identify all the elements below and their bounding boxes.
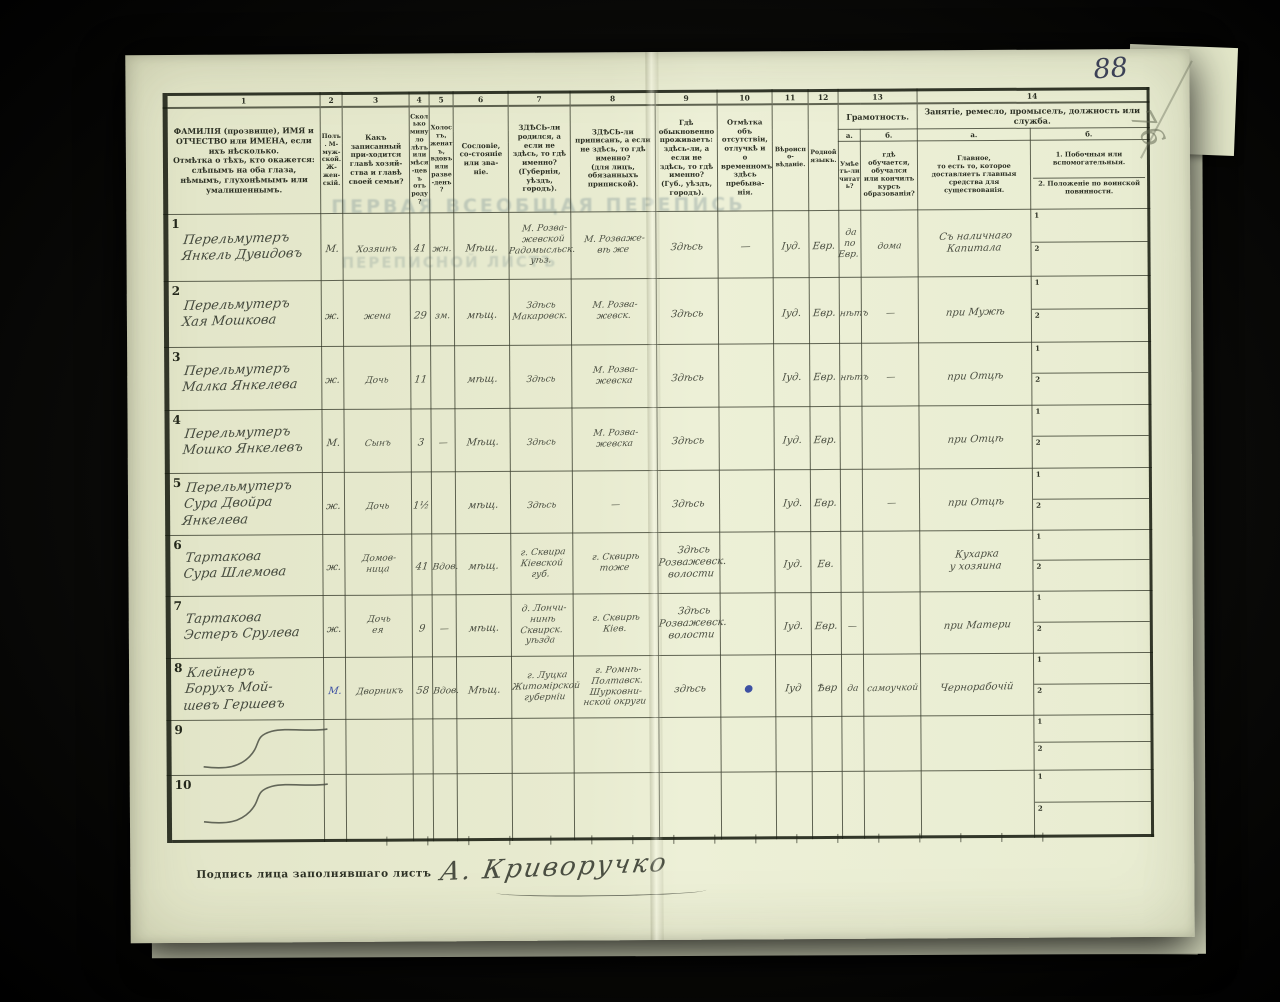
occupation-side-1-label: 1. Побочныя или вспомогательныя. xyxy=(1033,149,1145,169)
handwritten-entry: ж. xyxy=(326,562,342,574)
handwritten-entry: г. Ромнѣ- Полтавск. Шурковни- нской окру… xyxy=(582,664,650,709)
handwritten-entry: Съ наличнаго Капитала xyxy=(937,230,1013,256)
person-row-8: 8Клейнеръ Борухъ Мой- шевъ ГершевъМ.Двор… xyxy=(168,652,1151,720)
cell-religion: Іуд. xyxy=(773,277,809,343)
cell-native-language xyxy=(812,771,842,837)
cell-occupation-main: Кухарка у хозяина xyxy=(920,530,1033,592)
cell-literacy-read: — xyxy=(841,592,863,654)
occupation-side-subcell-two: 2 xyxy=(1033,435,1149,467)
handwritten-name: Перельмутеръ Янкель Дувидовъ xyxy=(180,230,304,266)
subcell-number: 1 xyxy=(1036,470,1041,479)
cell-name: 4Перельмутеръ Мошко Янкелевъ xyxy=(167,409,322,473)
cell-marital-status xyxy=(433,719,457,774)
handwritten-entry: Здѣсь Розважевск. волости xyxy=(657,605,729,643)
handwritten-entry: да xyxy=(847,684,859,695)
cell-residence: Здѣсь xyxy=(657,470,719,532)
cell-occupation-main xyxy=(921,770,1034,837)
handwritten-entry: — xyxy=(740,242,751,254)
cell-sex: ж. xyxy=(322,472,344,534)
handwritten-entry: 9 xyxy=(418,623,426,635)
cell-marital-status: — xyxy=(432,595,456,657)
subcell-number: 2 xyxy=(1038,804,1043,813)
cell-age xyxy=(413,719,433,774)
signature-handwriting: А. Криворучко xyxy=(438,848,670,887)
cell-birthplace: д. Лончи- нинѣ Сквирск. уѣзда xyxy=(511,594,573,656)
occupation-side-subcell-two: 2 xyxy=(1034,621,1150,653)
handwritten-entry: Здѣсь Розважевск. волости xyxy=(656,544,728,582)
col-header-religion: Вѣроиспо-вѣданіе. xyxy=(772,104,809,211)
occupation-side-subcell-two: 2 xyxy=(1035,801,1151,834)
col-number-12: 12 xyxy=(808,90,838,103)
cell-registration-place: М. Розва- жевска xyxy=(572,344,657,408)
person-row-6: 6Тартакова Сура Шлемоваж.Домов- ница41Вд… xyxy=(168,529,1151,596)
occupation-a-letter: а. xyxy=(917,128,1030,141)
occupation-side-subcell-two: 2 xyxy=(1032,372,1148,404)
handwritten-entry: Дочь xyxy=(366,501,391,512)
cell-literacy-school: — xyxy=(862,343,919,406)
handwritten-entry: г. Сквирѣ Кіев. xyxy=(591,613,641,636)
col-header-age: Сколько минуло лѣтъ или мѣся-цевъ отъ ро… xyxy=(409,106,430,213)
subcell-number: 2 xyxy=(1036,438,1041,447)
cell-estate: Мѣщ. xyxy=(454,212,509,279)
handwritten-entry: Здѣсь xyxy=(526,500,557,512)
handwritten-entry: 58 xyxy=(416,685,430,697)
col-header-occupation-side: 1. Побочныя или вспомогательныя. 2. Поло… xyxy=(1030,139,1148,209)
cell-residence xyxy=(659,717,721,772)
cancellation-flourish xyxy=(189,724,339,775)
cell-marital-status: Вдов. xyxy=(432,657,456,719)
subcell-number: 2 xyxy=(1036,501,1041,510)
cell-name: 8Клейнеръ Борухъ Мой- шевъ Гершевъ xyxy=(168,657,323,720)
handwritten-name: Перельмутеръ Мошко Янкелевъ xyxy=(182,424,306,460)
cell-registration-place xyxy=(574,717,659,773)
person-row-10: 1012 xyxy=(169,769,1152,841)
cell-age: 9 xyxy=(412,595,432,657)
signature-label: Подпись лица заполнявшаго листъ xyxy=(196,867,431,884)
cell-name: 1Перельмутеръ Янкель Дувидовъ xyxy=(166,213,321,281)
col-number-9: 9 xyxy=(655,91,717,104)
cell-estate: мѣщ. xyxy=(456,594,511,656)
handwritten-entry: мѣщ. xyxy=(466,374,498,387)
handwritten-entry: мѣщ. xyxy=(466,310,498,323)
occupation-side-subcell-two: 2 xyxy=(1035,741,1151,769)
cell-sex: М. xyxy=(323,657,345,719)
col-header-registration: ЗДѢСЬ-ли приписанъ, а если не здѣсь, то … xyxy=(570,105,656,212)
occupation-side-subcell-one: 1 xyxy=(1031,209,1147,242)
handwritten-entry: М. Розва- жевск. xyxy=(590,300,638,323)
person-row-3: 3Перельмутеръ Малка Янкелеваж.Дочь11мѣщ.… xyxy=(167,341,1150,410)
cell-estate: мѣщ. xyxy=(454,279,509,345)
subcell-number: 2 xyxy=(1037,686,1042,695)
cell-occupation-side: 12 xyxy=(1033,529,1151,591)
cell-religion: Іуд. xyxy=(774,343,810,406)
occupation-side-subcell-two: 2 xyxy=(1033,559,1149,590)
row-number: 9 xyxy=(174,723,182,737)
person-row-1: 1Перельмутеръ Янкель ДувидовъМ.Хозяинъ41… xyxy=(166,208,1149,281)
cell-relation: Сынъ xyxy=(344,409,411,472)
cell-native-language: Евр. xyxy=(810,469,840,531)
cell-name: 9 xyxy=(169,719,324,775)
cell-occupation-main: при Отцѣ xyxy=(919,342,1032,406)
cell-occupation-main xyxy=(921,715,1034,771)
handwritten-entry: Здѣсь xyxy=(672,498,706,511)
cell-sex: ж. xyxy=(323,534,345,595)
cell-estate: Мѣщ. xyxy=(455,408,510,471)
cell-registration-place: — xyxy=(572,470,657,533)
cell-literacy-read xyxy=(842,716,864,771)
cell-birthplace: Здѣсь xyxy=(510,408,572,471)
cell-relation xyxy=(346,774,413,840)
cell-sex: М. xyxy=(322,409,344,472)
handwritten-entry: М. Розваже- вѣ же xyxy=(582,233,645,256)
person-row-4: 4Перельмутеръ Мошко ЯнкелевъМ.Сынъ3—Мѣщ.… xyxy=(167,404,1150,473)
cell-marital-status: жн. xyxy=(430,213,454,280)
cell-occupation-side: 12 xyxy=(1033,590,1151,653)
col-header-estate: Сословіе, со-стояніе или зва-ніе. xyxy=(453,105,509,212)
cell-absence-note xyxy=(721,717,776,772)
subcell-number: 2 xyxy=(1035,375,1040,384)
cell-name: 2Перельмутеръ Хая Мошкова xyxy=(166,280,321,347)
occupation-side-subcell-one: 1 xyxy=(1032,342,1148,373)
cell-registration-place xyxy=(574,772,659,839)
handwritten-entry: Дочь xyxy=(365,376,390,387)
subcell-number: 1 xyxy=(1037,717,1042,726)
handwritten-entry: при Отцѣ xyxy=(947,371,1004,385)
cell-native-language: Евр. xyxy=(811,592,841,654)
cell-native-language: Евр. xyxy=(810,406,840,469)
cell-registration-place: М. Розва- жевска xyxy=(572,407,657,471)
occupation-side-subcell-one: 1 xyxy=(1032,276,1148,309)
handwritten-entry: — xyxy=(885,308,895,319)
cell-residence: Здѣсь xyxy=(657,344,719,407)
cell-native-language: Ѣвр xyxy=(811,654,841,716)
col-number-13: 13 xyxy=(838,90,917,103)
occupation-side-subcell-one: 1 xyxy=(1034,591,1150,622)
cell-name: 6Тартакова Сура Шлемова xyxy=(168,534,323,596)
handwritten-entry: при Матери xyxy=(943,619,1011,633)
col-number-11: 11 xyxy=(772,91,808,104)
occupation-side-subcell-one: 1 xyxy=(1034,715,1150,742)
cell-sex: ж. xyxy=(321,280,343,346)
subcell-number: 1 xyxy=(1037,593,1042,602)
handwritten-entry: самоучкой xyxy=(866,683,918,695)
cell-birthplace: г. Сквира Кіевской губ. xyxy=(511,533,573,594)
cell-age: 58 xyxy=(412,657,432,719)
handwritten-entry: Мѣщ. xyxy=(465,243,499,256)
row-number: 2 xyxy=(172,284,180,298)
cell-residence: Здѣсь xyxy=(656,211,718,278)
handwritten-name: Перельмутеръ Малка Янкелева xyxy=(181,361,300,397)
handwritten-entry: 1½ xyxy=(413,500,430,512)
literacy-a-letter: а. xyxy=(838,129,860,141)
cell-registration-place: г. Ромнѣ- Полтавск. Шурковни- нской окру… xyxy=(573,655,658,718)
row-number: 7 xyxy=(174,599,182,613)
handwritten-entry: дома xyxy=(877,242,902,253)
cell-occupation-side: 12 xyxy=(1032,467,1150,530)
handwritten-name: Тартакова Эстеръ Срулева xyxy=(183,609,302,645)
cell-residence: Здѣсь Розважевск. волости xyxy=(658,593,720,655)
row-number: 8 xyxy=(174,661,182,675)
cell-literacy-school: — xyxy=(861,277,918,343)
cell-literacy-school xyxy=(863,592,920,654)
col-number-7: 7 xyxy=(508,92,570,105)
cell-literacy-read: нѣтъ xyxy=(840,343,862,406)
cell-residence xyxy=(659,772,721,838)
cell-birthplace xyxy=(512,718,574,773)
handwritten-name: Клейнеръ Борухъ Мой- шевъ Гершевъ xyxy=(182,663,289,715)
cell-birthplace: Здѣсь Макаровск. xyxy=(509,279,571,345)
handwritten-entry: Кухарка у хозяина xyxy=(949,548,1004,573)
cell-literacy-read: да xyxy=(841,654,863,716)
handwritten-entry: Ѣвр xyxy=(816,683,837,696)
cell-religion xyxy=(776,716,812,771)
cell-age xyxy=(413,774,433,840)
occupation-side-subcell-two: 2 xyxy=(1031,241,1147,275)
cell-estate: Мѣщ. xyxy=(456,656,511,718)
handwritten-entry: 11 xyxy=(414,375,428,387)
occupation-side-subcell-one: 1 xyxy=(1033,530,1149,560)
col-number-6: 6 xyxy=(453,92,508,105)
handwritten-entry: М. xyxy=(327,686,342,698)
subcell-number: 1 xyxy=(1036,532,1041,541)
handwritten-entry: ж. xyxy=(326,501,342,513)
cell-literacy-school xyxy=(862,406,919,469)
cell-age: 29 xyxy=(410,280,430,346)
cell-sex xyxy=(324,719,346,774)
cell-native-language: Ев. xyxy=(811,531,841,592)
cell-residence: здѣсь xyxy=(658,655,720,717)
handwritten-entry: Вдов. xyxy=(432,562,459,574)
row-number: 1 xyxy=(171,217,179,231)
col-header-name: ФАМИЛІЯ (прозвище), ИМЯ и ОТЧЕСТВО или И… xyxy=(165,107,321,215)
cell-marital-status: Вдов. xyxy=(432,534,456,595)
handwritten-entry: Домов- ница xyxy=(360,553,396,576)
cell-sex xyxy=(324,774,346,840)
handwritten-entry: — xyxy=(847,622,857,633)
cell-estate xyxy=(457,773,512,839)
subcell-number: 2 xyxy=(1038,744,1043,753)
handwritten-entry: Евр. xyxy=(813,372,837,385)
person-row-2: 2Перельмутеръ Хая Мошковаж.жена29зм.мѣщ.… xyxy=(166,275,1149,347)
cell-occupation-main: при Отцѣ xyxy=(919,468,1032,531)
subcell-number: 1 xyxy=(1038,772,1043,781)
occupation-side-2-label: 2. Положеніе по воинской повинности. xyxy=(1033,177,1145,198)
col-number-2: 2 xyxy=(320,93,342,106)
cell-literacy-school xyxy=(864,771,921,837)
cell-residence: Здѣсь Розважевск. волости xyxy=(658,532,720,593)
cell-age: 11 xyxy=(411,346,431,409)
col-header-occupation-group: Занятіе, ремесло, промыселъ, должность и… xyxy=(917,102,1148,129)
handwritten-entry: Чернорабочій xyxy=(940,681,1015,695)
document-sheet: ПЕРВАЯ ВСЕОБЩАЯ ПЕРЕПИСЬ ПЕРЕПИСНОЙ ЛИСТ… xyxy=(125,49,1194,943)
col-number-10: 10 xyxy=(717,91,772,104)
signature-block: Подпись лица заполнявшаго листъ А. Криво… xyxy=(196,852,667,885)
handwritten-entry: Іуд. xyxy=(781,372,802,385)
handwritten-entry: — xyxy=(439,624,449,635)
col-number-5: 5 xyxy=(429,93,453,106)
cell-absence-note: ● xyxy=(720,655,775,717)
cell-relation: Дочь xyxy=(344,472,411,534)
occupation-side-subcell-one: 1 xyxy=(1035,770,1151,802)
col-header-marital: Холостъ, женатъ, вдовъ или разве-денъ? xyxy=(429,106,454,213)
col-header-literacy-school: гдѣ обучается, обучался или кончилъ курс… xyxy=(860,140,917,210)
cell-native-language: Евр. xyxy=(810,343,840,406)
cell-age: 1½ xyxy=(411,472,431,534)
cell-literacy-school: дома xyxy=(861,210,918,277)
cell-name: 3Перельмутеръ Малка Янкелева xyxy=(167,346,322,410)
cell-relation: Дворникъ xyxy=(345,657,412,719)
handwritten-entry: Здѣсь xyxy=(526,438,557,450)
col-header-relation: Какъ записанный при-ходится главѣ хозяй-… xyxy=(342,106,410,213)
handwritten-entry: Вдов. xyxy=(433,686,460,698)
handwritten-entry: — xyxy=(610,500,620,511)
handwritten-entry: Евр. xyxy=(812,308,836,321)
cell-absence-note xyxy=(719,344,774,407)
col-header-absence: Отмѣтка объ отсутствіи, отлучкѣ и о врем… xyxy=(717,104,773,211)
cell-name: 10 xyxy=(169,774,324,841)
handwritten-entry: ● xyxy=(743,683,753,695)
handwritten-entry: М. Розва- жевской Радомысльск. уѣз. xyxy=(507,223,578,268)
cell-occupation-side: 12 xyxy=(1034,769,1152,836)
cell-absence-note xyxy=(718,278,773,344)
handwritten-entry: ж. xyxy=(324,311,340,323)
cell-residence: Здѣсь xyxy=(657,407,719,470)
cell-marital-status xyxy=(433,774,457,840)
row-number: 6 xyxy=(173,538,181,552)
cell-age: 41 xyxy=(412,534,432,595)
handwritten-entry: Іуд. xyxy=(781,308,802,321)
occupation-side-subcell-two: 2 xyxy=(1034,683,1150,715)
cell-estate: мѣщ. xyxy=(455,345,510,408)
col-header-birthplace: ЗДѢСЬ-ли родился, а если не здѣсь, то гд… xyxy=(508,105,571,212)
literacy-b-letter: б. xyxy=(860,128,917,140)
handwritten-entry: Евр. xyxy=(812,241,836,254)
cell-registration-place: г. Сквирѣ тоже xyxy=(573,532,658,594)
photo-stage: ПЕРВАЯ ВСЕОБЩАЯ ПЕРЕПИСЬ ПЕРЕПИСНОЙ ЛИСТ… xyxy=(0,0,1280,1002)
subcell-number: 1 xyxy=(1037,655,1042,664)
subcell-number: 1 xyxy=(1035,278,1040,287)
handwritten-entry: Евр. xyxy=(813,498,837,511)
cell-occupation-side: 12 xyxy=(1033,652,1151,715)
col-number-1: 1 xyxy=(165,94,320,108)
subcell-number: 2 xyxy=(1034,244,1039,253)
handwritten-entry: да по Евр. xyxy=(838,227,862,260)
col-header-language: Родной языкъ. xyxy=(808,103,839,210)
cell-sex: ж. xyxy=(322,346,344,409)
handwritten-entry: — xyxy=(885,373,895,384)
cell-religion: Іуд. xyxy=(773,210,809,277)
cell-native-language: Евр. xyxy=(809,210,839,277)
cell-occupation-main: при Мужѣ xyxy=(918,276,1031,343)
handwritten-entry: при Отцѣ xyxy=(947,496,1004,510)
subcell-number: 1 xyxy=(1035,407,1040,416)
handwritten-entry: — xyxy=(886,498,896,509)
cell-name: 7Тартакова Эстеръ Срулева xyxy=(168,595,323,658)
col-number-8: 8 xyxy=(570,92,655,106)
cell-absence-note xyxy=(720,532,775,593)
cell-marital-status: — xyxy=(431,409,455,472)
cell-occupation-side: 12 xyxy=(1032,404,1150,468)
cell-literacy-read: да по Евр. xyxy=(839,210,861,277)
cell-estate: мѣщ. xyxy=(455,471,510,533)
occupation-side-subcell-one: 1 xyxy=(1032,405,1148,436)
cell-religion: Іуд. xyxy=(775,592,811,654)
person-row-9: 912 xyxy=(169,714,1152,775)
handwritten-entry: жн. xyxy=(432,244,452,255)
cell-relation xyxy=(346,719,413,774)
handwritten-entry: Іуд. xyxy=(783,559,804,572)
cell-relation: Дочь xyxy=(344,346,411,409)
handwritten-entry: Евр. xyxy=(813,435,837,448)
cell-literacy-read xyxy=(840,469,862,531)
row-number: 5 xyxy=(173,476,181,490)
cell-registration-place: г. Сквирѣ Кіев. xyxy=(573,593,658,656)
col-number-3: 3 xyxy=(342,93,409,106)
cell-absence-note xyxy=(720,593,775,655)
handwritten-entry: Здѣсь xyxy=(671,373,705,386)
cell-absence-note xyxy=(721,772,776,838)
cell-relation: Домов- ница xyxy=(345,534,412,595)
handwritten-name: Перельмутеръ Хая Мошкова xyxy=(181,296,291,331)
handwritten-entry: д. Лончи- нинѣ Сквирск. уѣзда xyxy=(517,603,567,647)
handwritten-entry: мѣщ. xyxy=(467,500,499,513)
cell-sex: ж. xyxy=(323,595,345,657)
person-row-7: 7Тартакова Эстеръ Срулеваж.Дочь ея9—мѣщ.… xyxy=(168,590,1151,658)
occupation-side-subcell-one: 1 xyxy=(1033,468,1149,499)
handwritten-entry: 41 xyxy=(413,244,427,256)
handwritten-entry: Іуд. xyxy=(783,621,804,634)
cell-literacy-school xyxy=(864,716,921,771)
handwritten-entry: Ев. xyxy=(817,559,835,571)
handwritten-entry: мѣщ. xyxy=(468,623,500,636)
occupation-side-subcell-one: 1 xyxy=(1034,653,1150,684)
handwritten-entry: Хозяинъ xyxy=(356,245,398,257)
cell-marital-status xyxy=(431,472,455,534)
cell-registration-place: М. Розва- жевск. xyxy=(571,278,656,345)
handwritten-entry: при Мужѣ xyxy=(945,306,1005,320)
occupation-side-subcell-two: 2 xyxy=(1032,308,1148,342)
col-header-literacy-read: Умѣетъ-ли читать? xyxy=(838,141,860,210)
handwritten-entry: Здѣсь xyxy=(670,308,704,321)
cell-sex: М. xyxy=(321,213,343,280)
handwritten-entry: Здѣсь xyxy=(526,375,557,387)
cell-occupation-main: Чернорабочій xyxy=(920,653,1033,716)
handwritten-entry: Дочь ея xyxy=(366,615,392,637)
cell-occupation-main: при Матери xyxy=(920,591,1033,654)
col-header-literacy-group: Грамотность. xyxy=(838,103,917,129)
folio-number: 88 xyxy=(1092,52,1129,86)
subcell-number: 2 xyxy=(1035,311,1040,320)
handwritten-entry: ж. xyxy=(325,375,341,387)
col-header-sex: Полъ. М-муж-ской. Ж-жен-скій. xyxy=(320,106,343,213)
cell-native-language: Евр. xyxy=(809,277,839,343)
signature-flourish xyxy=(496,886,706,897)
handwritten-name: Перельмутеръ Сура Двойра Янкелева xyxy=(181,478,293,530)
cell-occupation-side: 12 xyxy=(1031,208,1149,276)
handwritten-entry: ж. xyxy=(326,624,342,636)
cell-literacy-read xyxy=(840,406,862,469)
cell-birthplace xyxy=(512,773,574,839)
cell-occupation-side: 12 xyxy=(1032,341,1150,405)
cell-absence-note xyxy=(719,407,774,470)
cell-religion: Іуд xyxy=(775,654,811,716)
handwritten-entry: Дворникъ xyxy=(355,686,403,698)
cell-literacy-school: — xyxy=(862,469,919,531)
cell-absence-note: — xyxy=(718,211,773,278)
handwritten-entry: 3 xyxy=(417,438,425,450)
handwritten-entry: Іуд. xyxy=(782,498,803,511)
occupation-side-subcell-two: 2 xyxy=(1033,498,1149,530)
